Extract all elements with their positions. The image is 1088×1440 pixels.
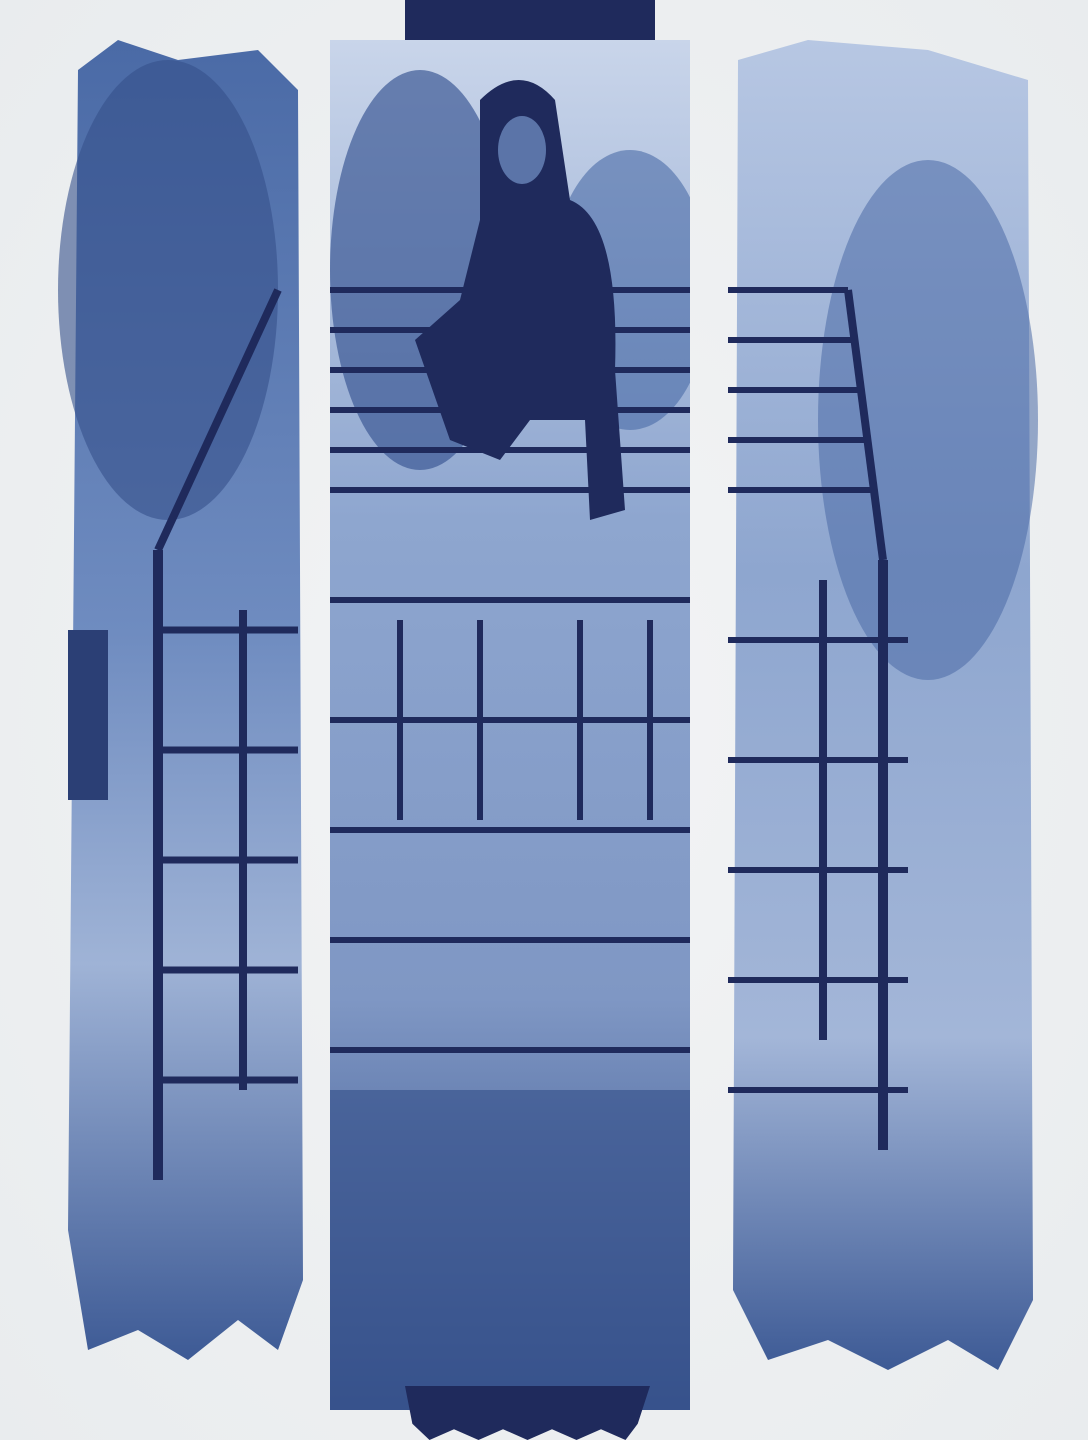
bottom-brush-stroke [405, 1386, 650, 1440]
center-panel [330, 40, 690, 1410]
right-panel [728, 40, 1038, 1370]
top-brush-stroke [405, 0, 655, 42]
left-panel [58, 30, 308, 1360]
